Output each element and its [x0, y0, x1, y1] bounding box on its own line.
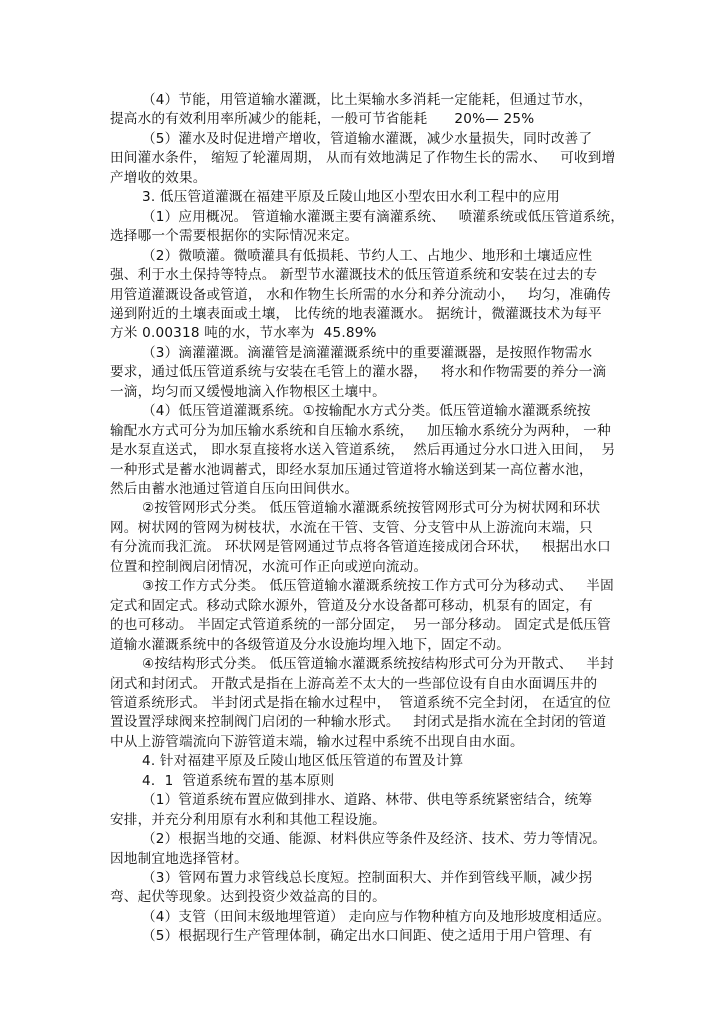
- document-page: （4）节能，用管道输水灌溉，比土渠输水多消耗一定能耗，但通过节水，提高水的有效利…: [0, 0, 724, 1024]
- text-line: （5）灌水及时促进增产增收，管道输水灌溉，减少水量损失，同时改善了: [142, 130, 592, 149]
- text-line: （1）应用概况。 管道输水灌溉主要有滴灌系统、 喷灌系统或低压管道系统，: [142, 208, 624, 227]
- text-line: 定式和固定式。移动式除水源外，管道及分水设备都可移动，机泵有的固定，有: [110, 597, 593, 616]
- text-line: （3）管网布置力求管线总长度短。控制面积大、并作到管线平顺，减少拐: [142, 869, 592, 888]
- text-line: 有分流而我汇流。 环状网是管网通过节点将各管道连接成闭合环状， 根据出水口: [110, 538, 611, 557]
- text-line: 位置和控制阀启闭情况，水流可作正向或逆向流动。: [110, 558, 427, 577]
- text-line: （4）低压管道灌溉系统。①按输配水方式分类。低压管道输水灌溉系统按: [142, 402, 591, 421]
- text-line: （5）根据现行生产管理体制，确定出水口间距、使之适用于用户管理、有: [142, 927, 592, 946]
- text-line: 置设置浮球阀来控制阀门启闭的一种输水形式。 封闭式是指水流在全封闭的管道: [110, 713, 606, 732]
- text-line: 中从上游管端流向下游管道末端，输水过程中系统不出现自由水面。: [110, 733, 524, 752]
- text-line: （4）支管（田间末级地埋管道） 走向应与作物种植方向及地形坡度相适应。: [142, 908, 611, 927]
- text-line: 要求，通过低压管道系统与安装在毛管上的灌水器， 将水和作物需要的养分一滴: [110, 363, 606, 382]
- text-line: 递到附近的土壤表面或土壤， 比传统的地表灌溉水。 据统计，微灌溉技术为每平: [110, 305, 602, 324]
- text-line: 然后由蓄水池通过管道自压向田间供水。: [110, 480, 358, 499]
- text-line: 选择哪一个需要根据你的实际情况来定。: [110, 227, 358, 246]
- text-line: ④按结构形式分类。 低压管道输水灌溉系统按结构形式可分为开散式、 半封: [142, 655, 614, 674]
- text-line: 是水泵直送式， 即水泵直接将水送入管道系统， 然后再通过分水口进入田间， 另: [110, 441, 615, 460]
- text-line: 道输水灌溉系统中的各级管道及分水设施均埋入地下，固定不动。: [110, 636, 510, 655]
- text-line: 方米 0.00318 吨的水，节水率为 45.89%: [110, 324, 377, 343]
- text-line: 用管道灌溉设备或管道， 水和作物生长所需的水分和养分流动小， 均匀，准确传: [110, 286, 611, 305]
- text-line: ②按管网形式分类。 低压管道输水灌溉系统按管网形式可分为树状网和环状: [142, 499, 600, 518]
- text-line: ③按工作方式分类。 低压管道输水灌溉系统按工作方式可分为移动式、 半固: [142, 577, 614, 596]
- text-line: 网。树状网的管网为树枝状，水流在干管、支管、分支管中从上游流向末端，只: [110, 519, 593, 538]
- text-line: 3. 低压管道灌溉在福建平原及丘陵山地区小型农田水利工程中的应用: [142, 188, 560, 207]
- text-line: 弯、起伏等现象。达到投资少效益高的目的。: [110, 888, 386, 907]
- text-line: 安排，并充分利用原有水利和其他工程设施。: [110, 811, 386, 830]
- text-line: 4. 针对福建平原及丘陵山地区低压管道的布置及计算: [142, 752, 463, 771]
- text-line: 管道系统形式。 半封闭式是指在输水过程中， 管道系统不完全封闭， 在适宜的位: [110, 694, 611, 713]
- text-line: （2）微喷灌。微喷灌具有低损耗、节约人工、占地少、地形和土壤适应性: [142, 247, 592, 266]
- text-line: 田间灌水条件， 缩短了轮灌周期， 从而有效地满足了作物生长的需水、 可收到增: [110, 149, 615, 168]
- text-line: 因地制宜地选择管材。: [110, 850, 248, 869]
- text-line: 闭式和封闭式。 开散式是指在上游高差不太大的一些部位设有自由水面调压井的: [110, 675, 597, 694]
- text-line: （1）管道系统布置应做到排水、道路、林带、供电等系统紧密结合，统筹: [142, 791, 592, 810]
- text-line: 4．1 管道系统布置的基本原则: [142, 772, 334, 791]
- text-line: 产增收的效果。: [110, 169, 207, 188]
- text-line: 强、利于水土保持等特点。 新型节水灌溉技术的低压管道系统和安装在过去的专: [110, 266, 597, 285]
- text-line: 一滴，均匀而又缓慢地滴入作物根区土壤中。: [110, 383, 386, 402]
- text-line: （4）节能，用管道输水灌溉，比土渠输水多消耗一定能耗，但通过节水，: [142, 91, 592, 110]
- text-line: 输配水方式可分为加压输水系统和自压输水系统， 加压输水系统分为两种， 一种: [110, 422, 611, 441]
- text-line: （3）滴灌灌溉。滴灌管是滴灌灌溉系统中的重要灌溉器，是按照作物需水: [142, 344, 592, 363]
- text-line: （2）根据当地的交通、能源、材料供应等条件及经济、技术、劳力等情况。: [142, 830, 606, 849]
- text-line: 一种形式是蓄水池调蓄式，即经水泵加压通过管道将水输送到某一高位蓄水池，: [110, 461, 593, 480]
- text-line: 提高水的有效利用率所减少的能耗，一般可节省能耗 20%— 25%: [110, 110, 534, 129]
- text-line: 的也可移动。 半固定式管道系统的一部分固定， 另一部分移动。 固定式是低压管: [110, 616, 611, 635]
